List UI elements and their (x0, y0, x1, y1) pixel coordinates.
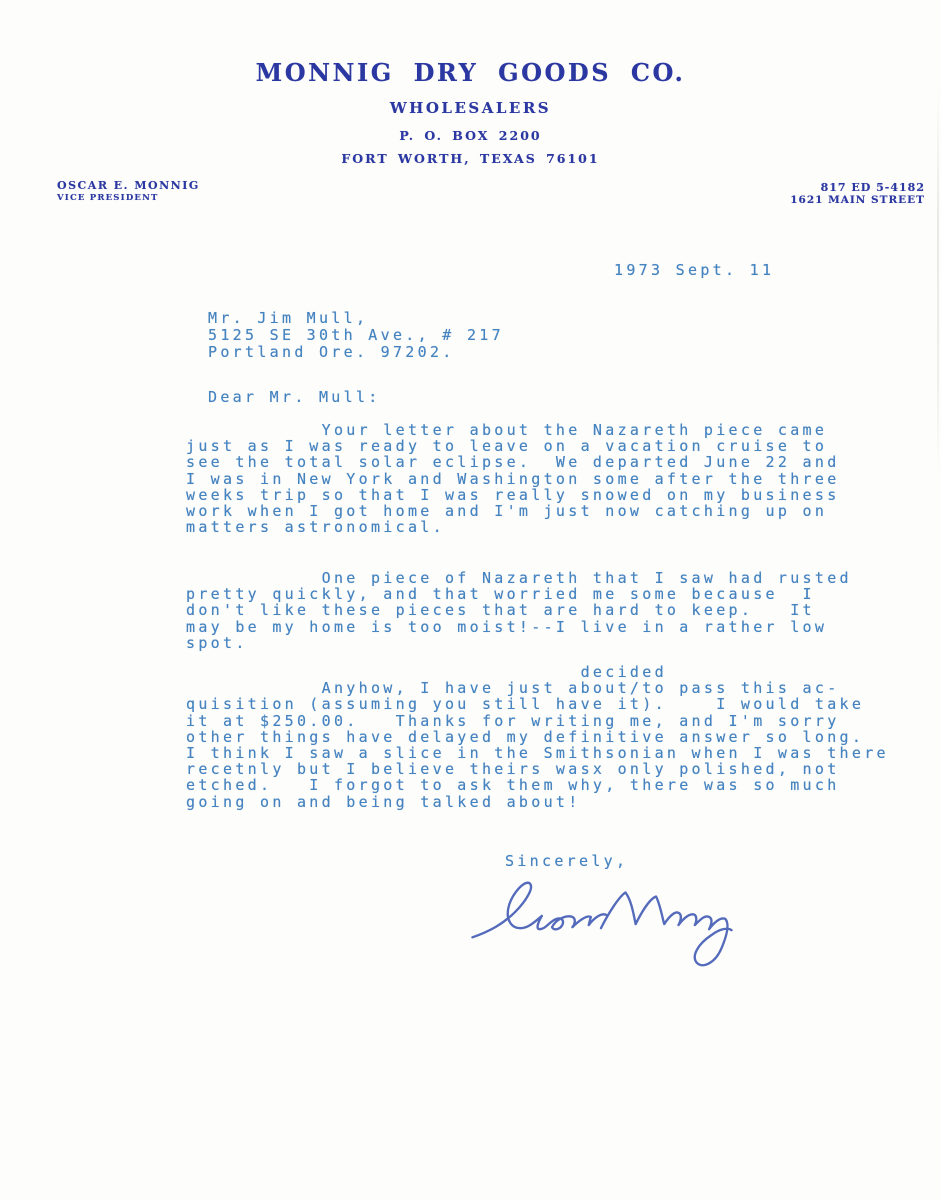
company-city-line: FORT WORTH, TEXAS 76101 (0, 151, 941, 166)
officer-title: VICE PRESIDENT (57, 193, 200, 203)
closing-sincerely: Sincerely, (505, 853, 628, 869)
street-address: 1621 MAIN STREET (790, 194, 925, 206)
paragraph-1: Your letter about the Nazareth piece cam… (186, 422, 840, 535)
signature-stroke-first-name (472, 883, 606, 938)
company-name: MONNIG DRY GOODS CO. (0, 58, 941, 87)
phone-number: 817 ED 5-4182 (790, 181, 925, 194)
company-subtitle: WHOLESALERS (0, 99, 941, 117)
letter-page: MONNIG DRY GOODS CO. WHOLESALERS P. O. B… (0, 0, 941, 1200)
scan-edge-artifact (937, 85, 939, 475)
salutation: Dear Mr. Mull: (208, 389, 381, 405)
recipient-address: Mr. Jim Mull, 5125 SE 30th Ave., # 217 P… (208, 310, 504, 361)
signature-stroke-last-name (601, 892, 732, 965)
officer-block: OSCAR E. MONNIG VICE PRESIDENT (57, 179, 200, 203)
contact-block: 817 ED 5-4182 1621 MAIN STREET (790, 181, 925, 206)
signature-oscar-monnig (468, 870, 736, 972)
officer-name: OSCAR E. MONNIG (57, 179, 200, 192)
date-line: 1973 Sept. 11 (614, 262, 774, 278)
paragraph-2: One piece of Nazareth that I saw had rus… (186, 570, 852, 651)
company-po-box: P. O. BOX 2200 (0, 128, 941, 143)
paragraph-3: decided Anyhow, I have just about/to pas… (186, 664, 889, 810)
